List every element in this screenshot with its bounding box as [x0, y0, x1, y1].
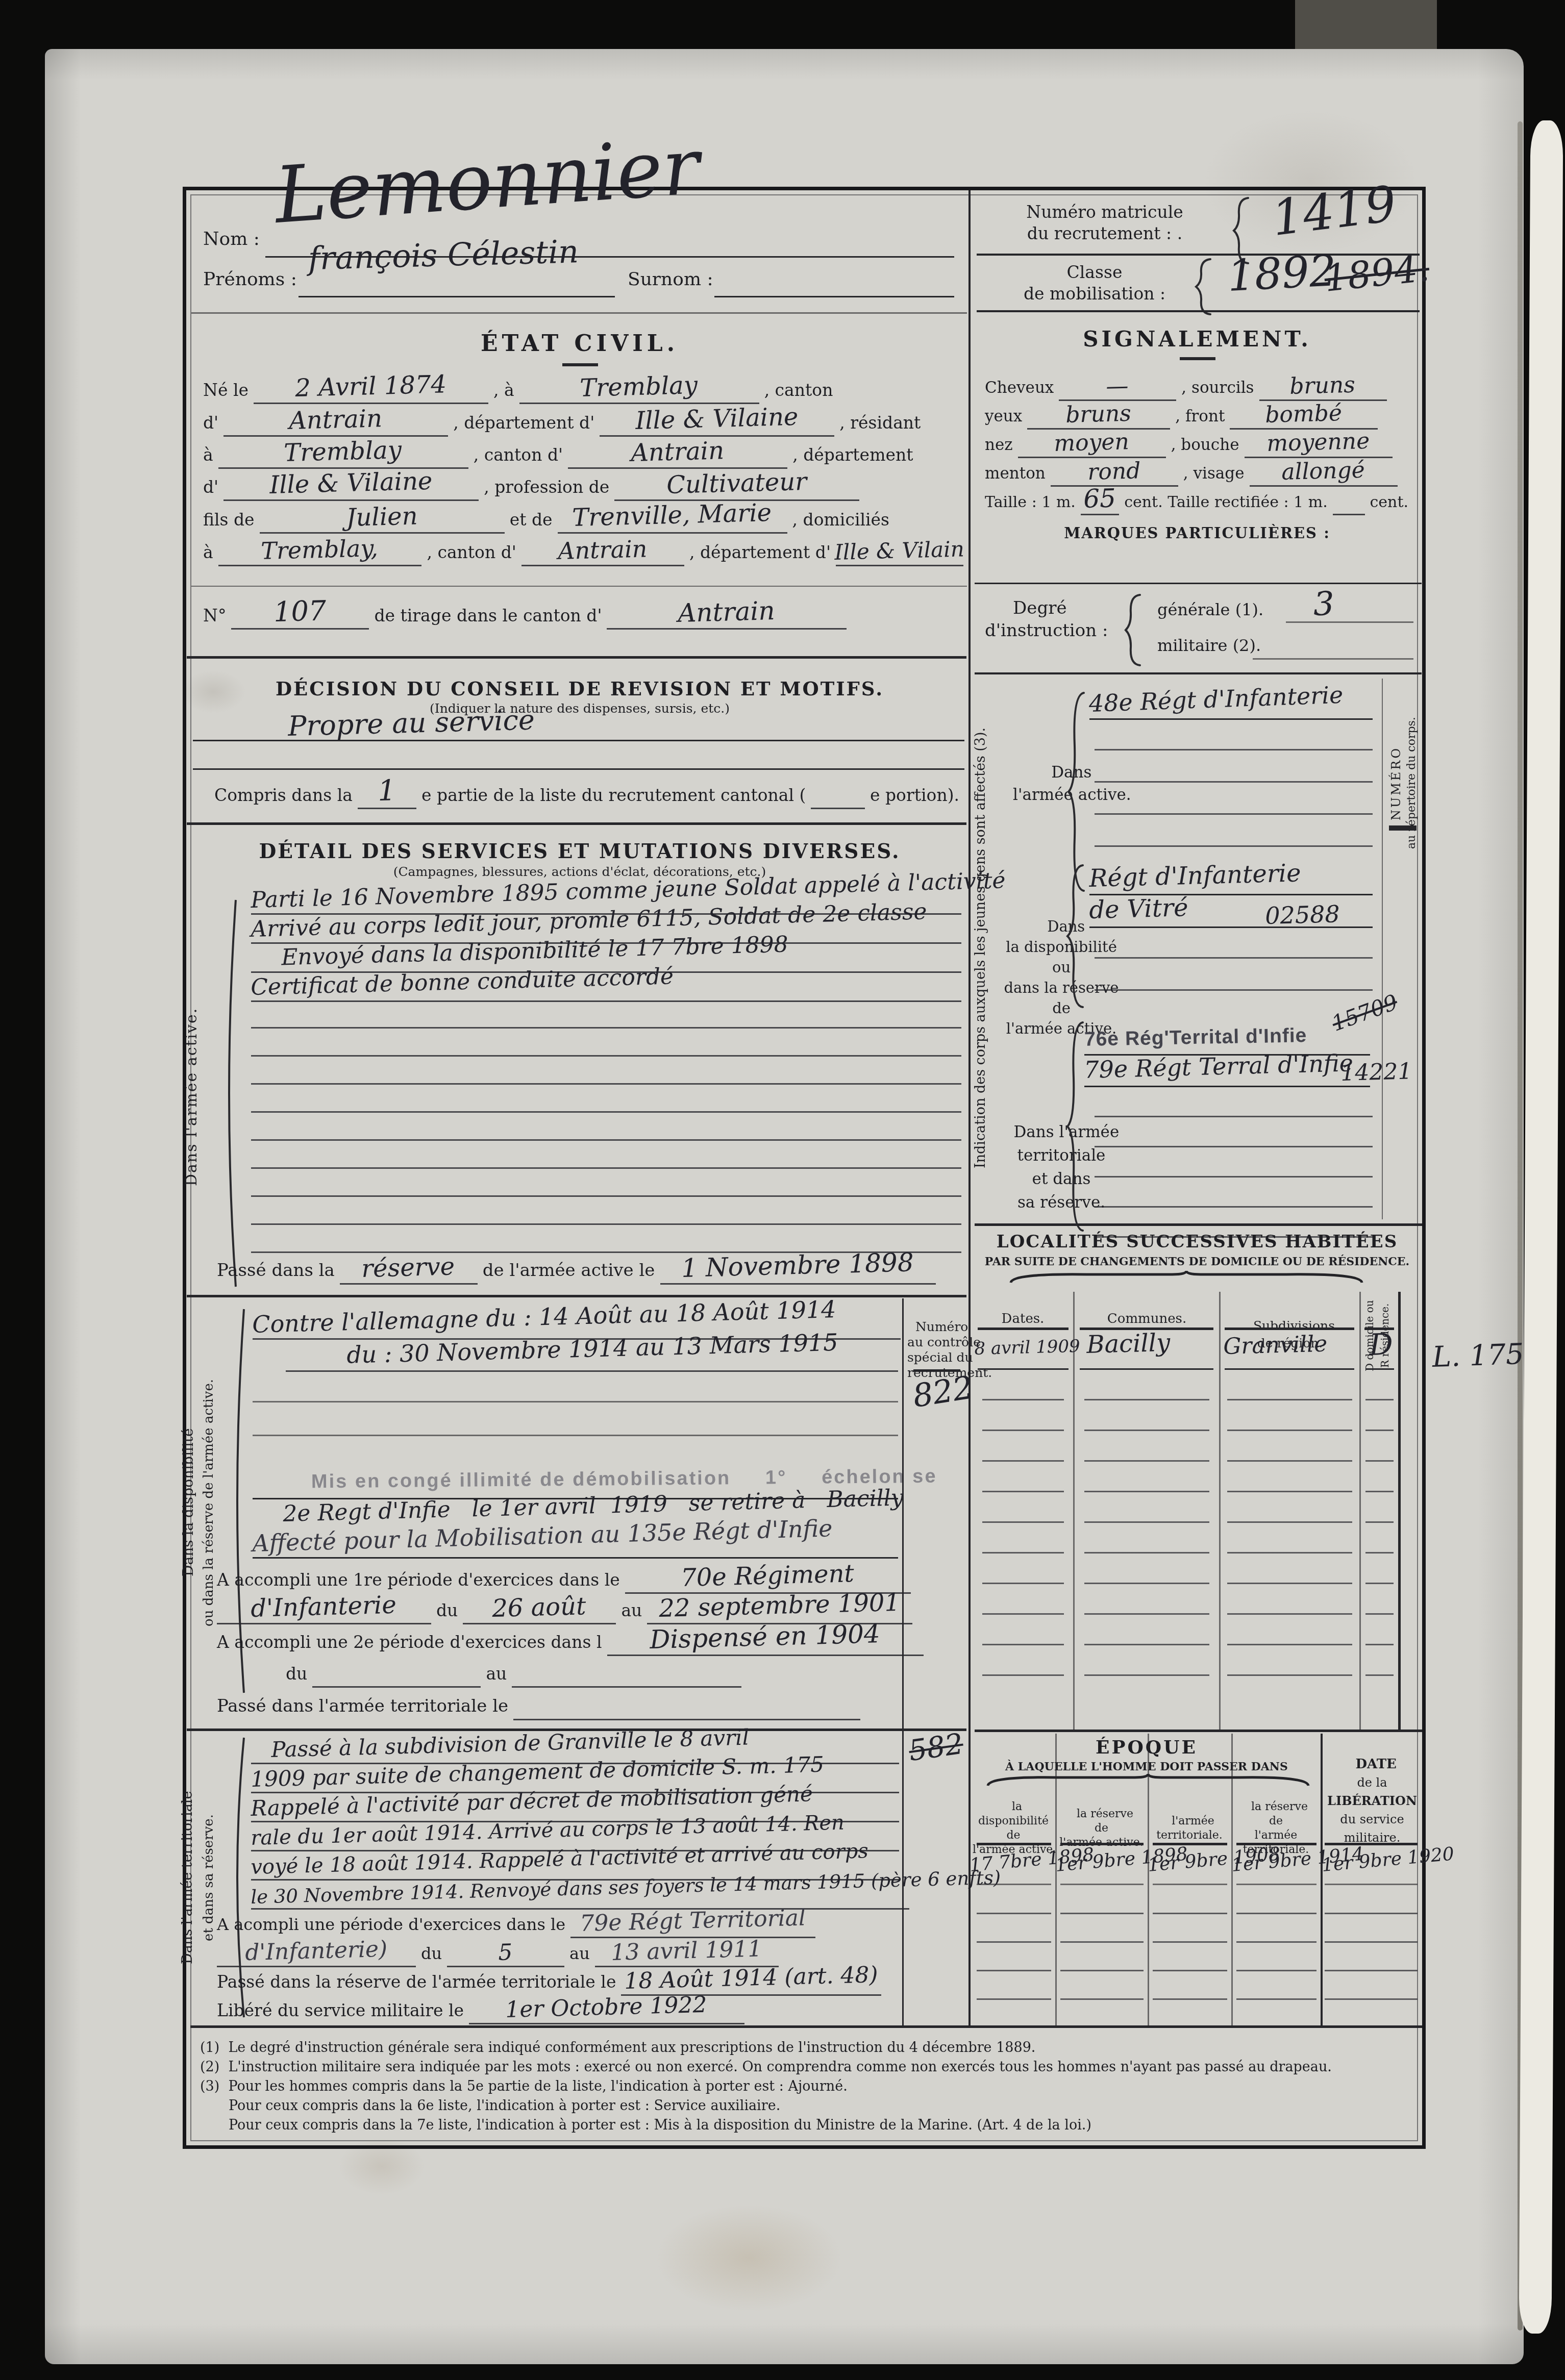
value: bombé: [1265, 400, 1343, 428]
epoque-col1-header: ladisponibilitédel'armée active.: [973, 1786, 1054, 1857]
degre-label-1: Degré: [1013, 598, 1067, 618]
value: Antrain: [557, 535, 647, 565]
label: e portion).: [870, 785, 959, 809]
label: à: [203, 542, 213, 566]
matricule-label: Numéro matricule: [987, 202, 1222, 222]
localites-row-subdiv: Granville: [1223, 1331, 1328, 1360]
value: Trenville, Marie: [572, 498, 772, 532]
blank-rules: [1236, 1886, 1316, 2023]
disponibilite-value-2: de Vitré: [1089, 893, 1189, 924]
blank-rules: [1227, 1370, 1352, 1704]
matricule-label-2: du recrutement : .: [987, 223, 1222, 243]
corps-brace-icon: [1065, 1019, 1086, 1234]
signalement-title: SIGNALEMENT.: [973, 327, 1422, 352]
surnom-label: Surnom :: [628, 269, 713, 290]
value: Julien: [345, 502, 418, 532]
localites-title: LOCALITÉS SUCCESSIVES HABITÉES: [973, 1232, 1422, 1252]
classe-value: 1892: [1226, 245, 1338, 301]
label: de l'armée active le: [483, 1260, 655, 1285]
etat-civil-title: ÉTAT CIVIL.: [194, 331, 965, 357]
label: A accompli une 2e période d'exercices da…: [217, 1632, 602, 1656]
localites-row-commune: Bacilly: [1086, 1329, 1171, 1359]
value: 79e Régt Territorial: [580, 1905, 806, 1937]
value: 22 septembre 1901: [658, 1588, 900, 1623]
classe-label-2: de mobilisation :: [987, 284, 1202, 304]
etat-civil-row: fils de Julien et de Trenville, Marie , …: [203, 505, 963, 534]
decision-title: DÉCISION DU CONSEIL DE REVISION ET MOTIF…: [194, 678, 965, 700]
value: d'Infanterie: [251, 1591, 397, 1623]
blank-rules: [1325, 1886, 1418, 2023]
epoque-date-header: DATEde laLIBÉRATIONdu servicemilitaire.: [1323, 1737, 1422, 1847]
label: du: [286, 1664, 307, 1688]
indication-corps-label: Indication des corps auxquels les jeunes…: [973, 679, 994, 1217]
value: rond: [1087, 458, 1140, 485]
localites-overbrace-icon: [1008, 1269, 1365, 1284]
label: , département d': [689, 542, 831, 566]
libere-row: Libéré du service militaire le 1er Octob…: [217, 1997, 962, 2024]
value: Tremblay: [580, 371, 698, 403]
nom-label: Nom :: [203, 229, 260, 249]
value: Ille & Vilaine: [635, 403, 798, 435]
label: , front: [1175, 407, 1225, 430]
footnote-4: Pour ceux compris dans la 6e liste, l'in…: [229, 2098, 780, 2114]
blank-rules: [1095, 718, 1373, 849]
section-label-armee-active: Dans l'armée active.: [183, 900, 205, 1293]
detail-title: DÉTAIL DES SERVICES ET MUTATIONS DIVERSE…: [194, 840, 965, 863]
blank-rules: [982, 1370, 1064, 1704]
value: moyenne: [1266, 428, 1370, 457]
label: Cheveux: [985, 379, 1054, 401]
value: Cultivateur: [666, 467, 807, 499]
classe-label: Classe: [987, 262, 1202, 282]
blank-rules: [251, 1000, 961, 1256]
value: moyen: [1054, 429, 1130, 457]
value: Ille & Vilaine: [269, 467, 432, 499]
label: d': [203, 477, 218, 501]
degre-label-2: d'instruction :: [985, 620, 1108, 641]
marques-label: MARQUES PARTICULIÈRES :: [973, 524, 1422, 542]
signalement-row: nez moyen , bouche moyenne: [985, 432, 1408, 458]
numero-repertoire-label: NUMÉRO: [1389, 686, 1406, 880]
periode-territoriale-row: A acompli une période d'exercices dans l…: [217, 1911, 962, 1938]
label: au: [621, 1600, 642, 1624]
blank-rules: [977, 1886, 1051, 2023]
passe-territoriale-row: Passé dans l'armée territoriale le: [217, 1692, 962, 1720]
footnote-2: (2) L'instruction militaire sera indiqué…: [200, 2059, 1332, 2075]
label: , canton: [764, 380, 833, 404]
label: du: [436, 1600, 458, 1624]
value: 70e Régiment: [681, 1559, 855, 1592]
footnote-3: (3) Pour les hommes compris dans la 5e p…: [200, 2078, 848, 2094]
etat-civil-row: Né le 2 Avril 1874 , à Tremblay , canton: [203, 375, 963, 404]
value: 13 avril 1911: [610, 1936, 762, 1966]
section-label-disponibilite: Dans la disponibilité: [180, 1306, 201, 1699]
label: N°: [203, 606, 226, 630]
label: Passé dans la: [217, 1260, 335, 1285]
value: 65: [1083, 483, 1116, 514]
value: réserve: [361, 1252, 455, 1283]
label: , département d': [453, 413, 594, 437]
label: yeux: [985, 407, 1022, 430]
value: 107: [273, 594, 327, 628]
degre-generale-value: 3: [1313, 585, 1335, 623]
tirage-row: N° 107 de tirage dans le canton d' Antra…: [203, 601, 963, 630]
localites-row-date: 8 avril 1909: [974, 1336, 1072, 1359]
localites-header-dates: Dates.: [973, 1311, 1073, 1326]
value: bruns: [1065, 400, 1132, 428]
brace-icon: [1193, 256, 1213, 317]
etat-civil-row: d' Antrain , département d' Ille & Vilai…: [203, 408, 963, 437]
signalement-row: Cheveux — , sourcils bruns: [985, 374, 1408, 401]
epoque-col3-header: l'arméeterritoriale.: [1149, 1800, 1230, 1843]
corps-brace-icon: [1065, 862, 1086, 1010]
reserve-territoriale-row: Passé dans la réserve de l'armée territo…: [217, 1968, 962, 1996]
brace-icon: [1123, 592, 1143, 668]
value: Antrain: [678, 596, 776, 628]
value: Ille & Vilain: [834, 536, 965, 565]
label: Passé dans la réserve de l'armée territo…: [217, 1972, 616, 1996]
label: , profession de: [484, 477, 609, 501]
blank-rules: [1095, 1087, 1373, 1238]
localites-header-communes: Communes.: [1075, 1311, 1219, 1326]
etat-civil-row: à Tremblay, , canton d' Antrain , départ…: [203, 538, 963, 566]
signalement-row: yeux bruns , front bombé: [985, 403, 1408, 430]
value: 5: [498, 1939, 513, 1966]
label: à: [203, 445, 213, 469]
label: , visage: [1183, 464, 1245, 487]
label: au: [486, 1664, 507, 1688]
territoriale-line: le 30 Novembre 1914. Renvoyé dans ses fo…: [251, 1879, 909, 1910]
label: Taille : 1 m.: [985, 493, 1076, 515]
label: menton: [985, 464, 1046, 487]
label: , canton d': [474, 445, 563, 469]
label: , à: [493, 380, 514, 404]
footnote-5: Pour ceux compris dans la 7e liste, l'in…: [229, 2117, 1091, 2133]
value: bruns: [1289, 372, 1356, 399]
label: Né le: [203, 380, 249, 404]
blank-rules: [1060, 1886, 1144, 2023]
numero-repertoire-label-2: au répertoire du corps.: [1405, 686, 1421, 880]
label: , sourcils: [1181, 379, 1254, 401]
value: 2 Avril 1874: [294, 370, 446, 403]
margin-note-l175: L. 175: [1432, 1338, 1525, 1374]
label: A accompli une 1re période d'exercices d…: [217, 1570, 620, 1594]
value: —: [1106, 373, 1129, 399]
label: cent. Taille rectifiée : 1 m.: [1124, 493, 1328, 515]
disponibilite-value-1: Régt d'Infanterie: [1089, 859, 1302, 893]
label: Compris dans la: [214, 785, 353, 809]
label: cent.: [1370, 493, 1408, 515]
value: 1er Octobre 1922: [505, 1992, 707, 2023]
label: , résidant: [839, 413, 921, 437]
prenoms-value: françois Célestin: [308, 233, 579, 277]
periode2-row: A accompli une 2e période d'exercices da…: [217, 1627, 962, 1656]
label: au: [569, 1944, 590, 1967]
label: fils de: [203, 510, 255, 534]
blank-rules: [1095, 926, 1373, 993]
label: nez: [985, 436, 1013, 458]
footnote-1: (1) Le degré d'instruction générale sera…: [200, 2040, 1035, 2056]
blank-rules: [1153, 1886, 1227, 2023]
next-page-edge: [1519, 120, 1563, 2334]
decision-value: Propre au service: [287, 704, 535, 742]
signalement-row: menton rond , visage allongé: [985, 460, 1408, 487]
prenoms-label: Prénoms :: [203, 269, 297, 290]
value: Antrain: [288, 404, 382, 435]
localites-row-dr: D: [1369, 1327, 1393, 1362]
territorial-number: 14221: [1340, 1058, 1412, 1086]
label: Passé dans l'armée territoriale le: [217, 1696, 508, 1720]
label: A acompli une période d'exercices dans l…: [217, 1915, 565, 1938]
label: de tirage dans le canton d': [374, 606, 602, 630]
value: allongé: [1281, 457, 1365, 485]
label: , bouche: [1171, 436, 1239, 458]
section-label-territoriale: Dans l'armée territoriale: [180, 1735, 201, 2020]
value: d'Infanterie): [244, 1936, 387, 1966]
blank-rules: [1365, 1370, 1394, 1704]
value: Tremblay: [284, 436, 402, 467]
degre-militaire-label: militaire (2).: [1157, 636, 1261, 655]
localites-subtitle: PAR SUITE DE CHANGEMENTS DE DOMICILE OU …: [973, 1255, 1422, 1268]
compris-row: Compris dans la 1 e partie de la liste d…: [214, 782, 959, 809]
label: d': [203, 413, 218, 437]
disponibilite-number: 02588: [1265, 900, 1340, 930]
value: Dispensé en 1904: [649, 1619, 880, 1655]
value: Antrain: [630, 436, 724, 467]
etat-civil-row: à Tremblay , canton d' Antrain , départe…: [203, 440, 963, 469]
label: , domiciliés: [792, 510, 889, 534]
degre-generale-label: générale (1).: [1157, 600, 1263, 619]
label: et de: [510, 510, 553, 534]
section-brace-icon: [220, 898, 238, 1289]
column-divider: [968, 190, 971, 2026]
label: , département: [792, 445, 913, 469]
epoque-col2-header: la réservedel'armée active.: [1056, 1793, 1147, 1850]
etat-civil-row: d' Ille & Vilaine , profession de Cultiv…: [203, 472, 963, 501]
label: Libéré du service militaire le: [217, 2000, 464, 2024]
epoque-subtitle: À LAQUELLE L'HOMME DOIT PASSER DANS: [973, 1760, 1321, 1773]
service-line: Certificat de bonne conduite accordé: [251, 972, 961, 1002]
label: du: [421, 1944, 442, 1967]
value: Tremblay,: [261, 534, 379, 565]
value: 26 août: [492, 1592, 586, 1623]
value: 1 Novembre 1898: [681, 1247, 914, 1283]
taille-row: Taille : 1 m. 65 cent. Taille rectifiée …: [985, 489, 1408, 515]
blank-rules: [1084, 1370, 1209, 1704]
campagne-line: du : 30 Novembre 1914 au 13 Mars 1915: [286, 1341, 898, 1372]
label: e partie de la liste du recrutement cant…: [421, 785, 806, 809]
territorial-stamp: 76e Rég'Territal d'Infie: [1084, 1024, 1307, 1051]
passe-reserve-row: Passé dans la réserve de l'armée active …: [217, 1256, 962, 1285]
epoque-title: ÉPOQUE: [973, 1737, 1321, 1758]
label: , canton d': [427, 542, 516, 566]
du-au-row: du au: [286, 1659, 898, 1688]
footnote-top-rule: [190, 2025, 1422, 2028]
value: 1: [377, 774, 396, 808]
